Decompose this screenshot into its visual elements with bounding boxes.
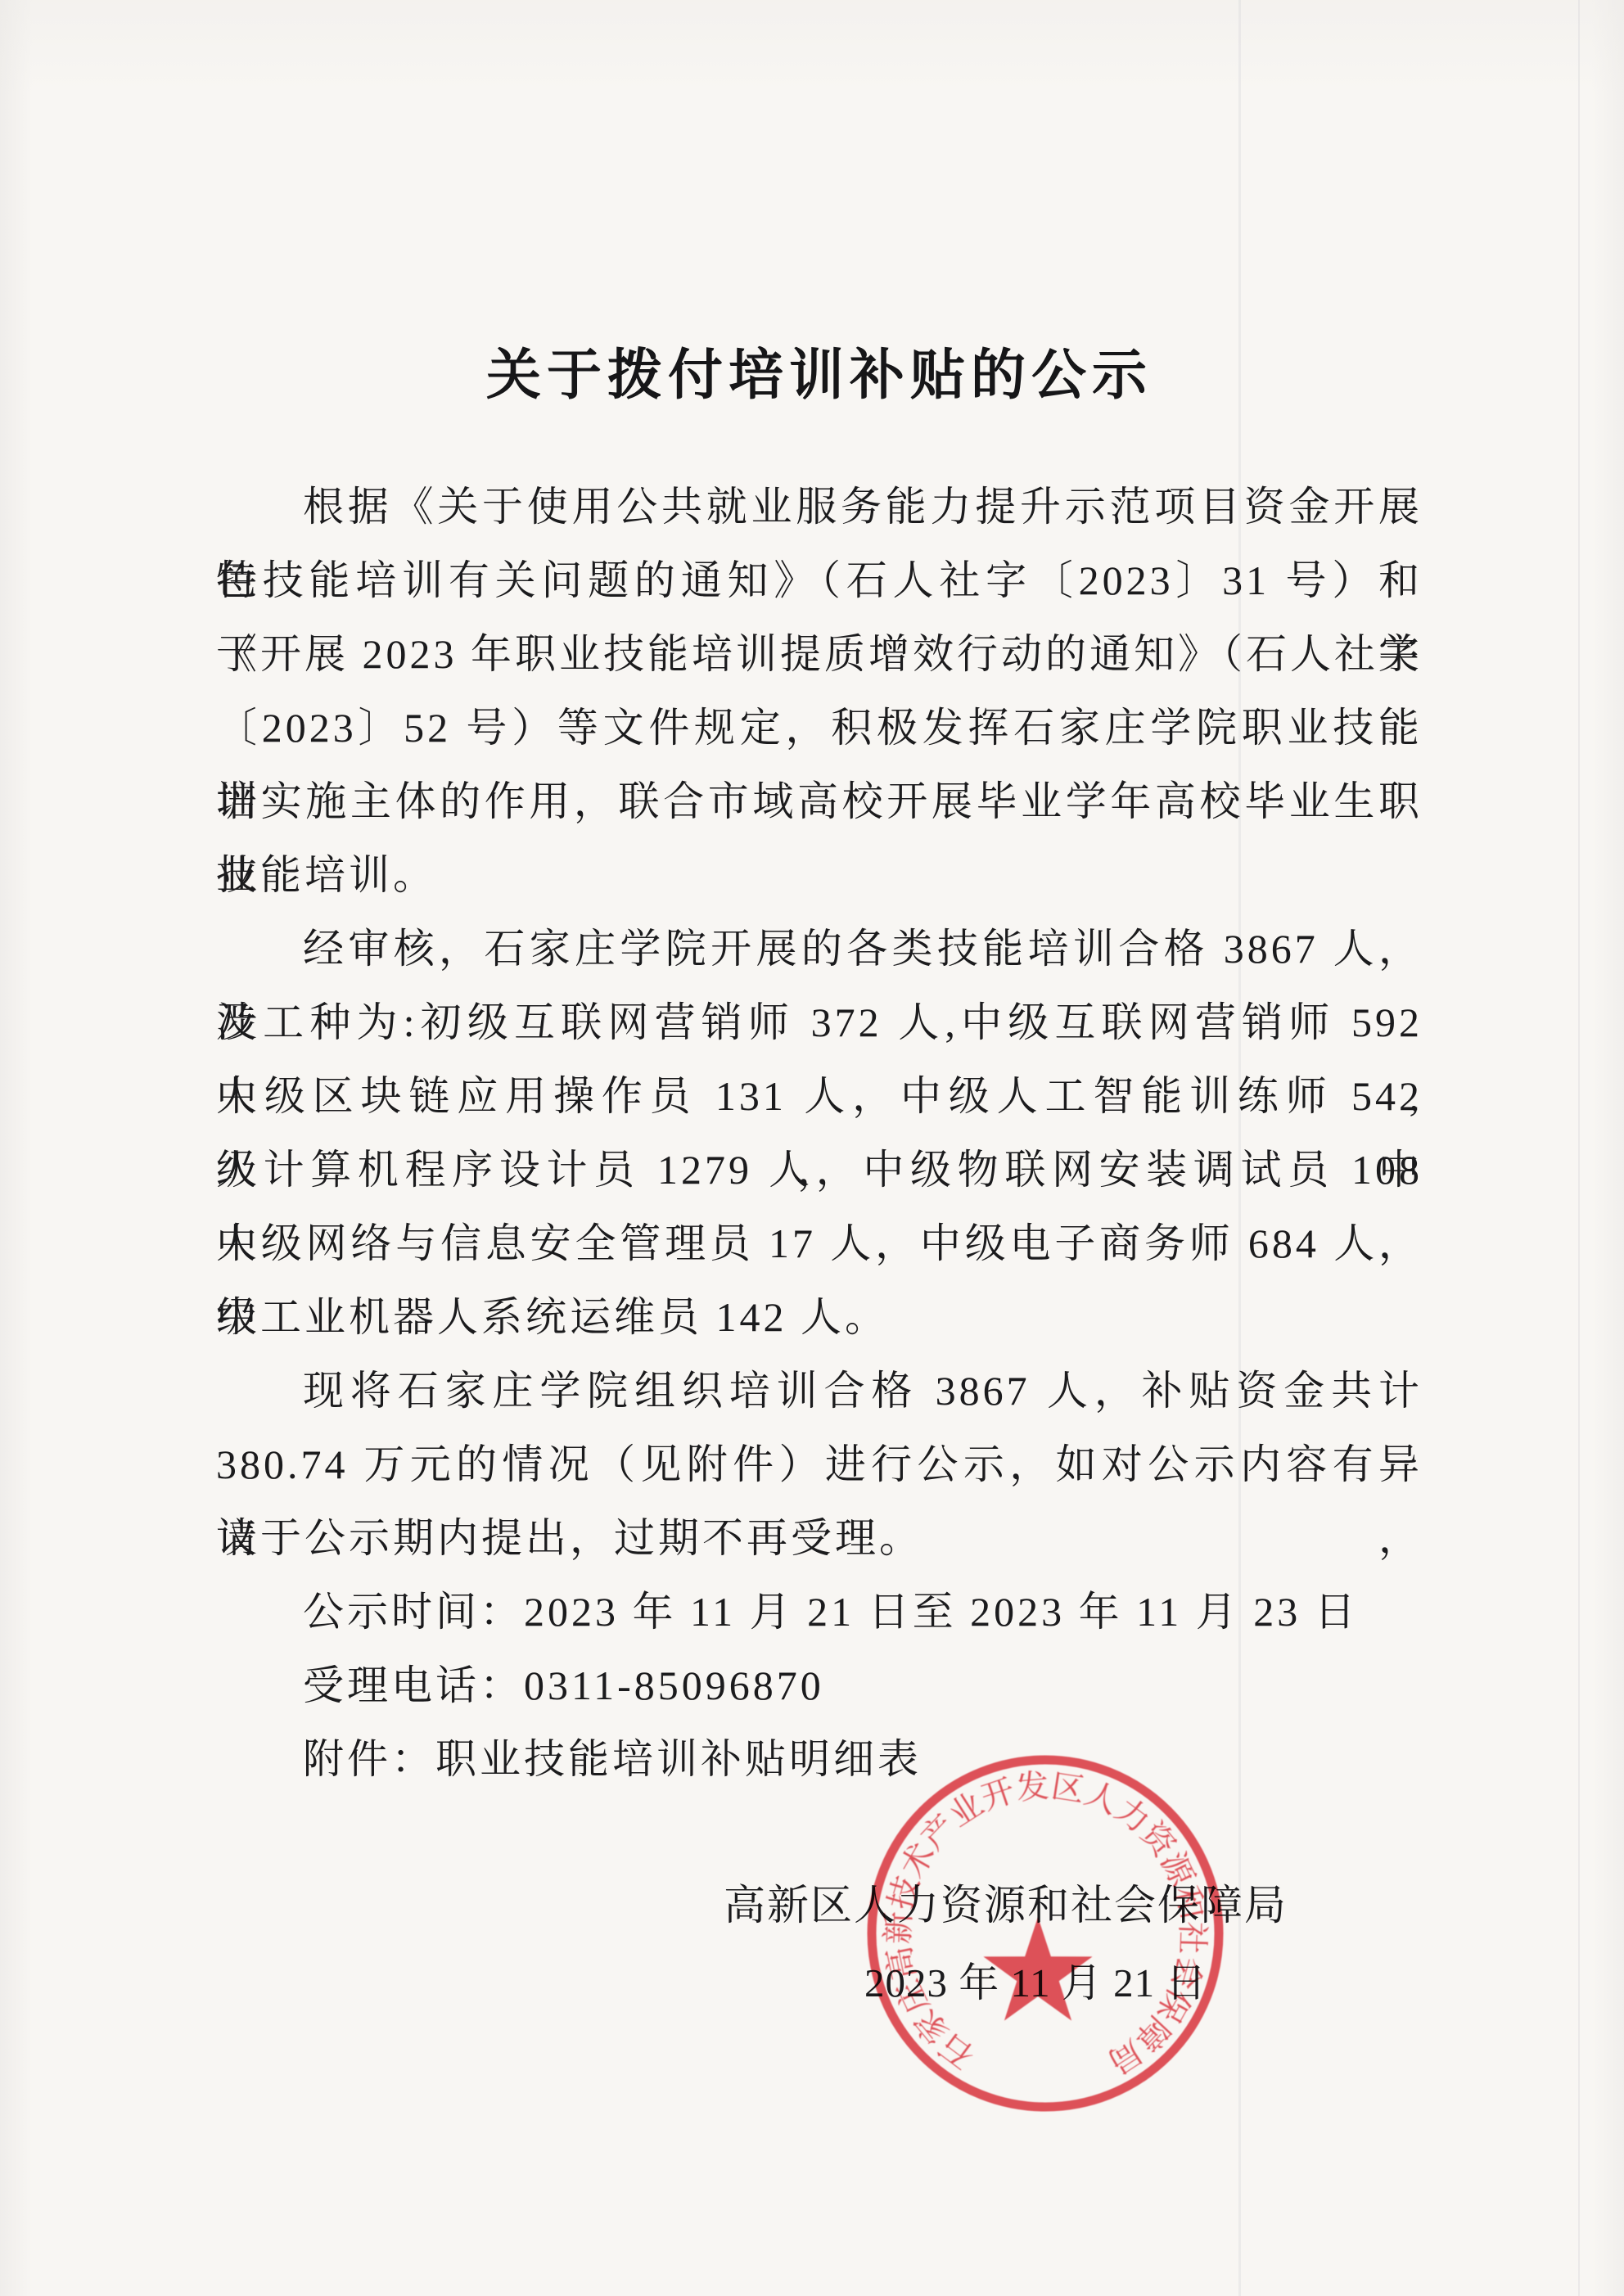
page-title: 关于拨付培训补贴的公示 (216, 332, 1423, 410)
body-line: 中级网络与信息安全管理员 17 人，中级电子商务师 684 人，中 (216, 1207, 1423, 1280)
body-line: 〔2023〕52 号）等文件规定，积极发挥石家庄学院职业技能培 (216, 691, 1423, 765)
body-line: 根据《关于使用公共就业服务能力提升示范项目资金开展特 (216, 470, 1423, 544)
official-seal: 石家庄高新技术产业开发区人力资源和社会保障局 (857, 1745, 1234, 2122)
body-line: 经审核，石家庄学院开展的各类技能培训合格 3867 人，涉 (216, 912, 1423, 986)
body-line: 技能培训。 (216, 838, 1423, 912)
issuing-agency: 高新区人力资源和社会保障局 (724, 1871, 1288, 1932)
scanned-notice-page: 关于拨付培训补贴的公示 根据《关于使用公共就业服务能力提升示范项目资金开展特 色… (0, 0, 1624, 2296)
body-line: 380.74 万元的情况（见附件）进行公示，如对公示内容有异议， (216, 1428, 1423, 1501)
body-line: 色技能培训有关问题的通知》（石人社字〔2023〕31 号）和《关 (216, 544, 1423, 617)
body-line: 中级区块链应用操作员 131 人，中级人工智能训练师 542 人，中 (216, 1059, 1423, 1133)
scan-artifact-line (1578, 0, 1580, 2296)
body-line: 于开展 2023 年职业技能培训提质增效行动的通知》（石人社字 (216, 617, 1423, 691)
body-line: 级工业机器人系统运维员 142 人。 (216, 1280, 1423, 1354)
seal-ring-icon (872, 1760, 1219, 2107)
publicity-period-line: 公示时间：2023 年 11 月 21 日至 2023 年 11 月 23 日 (216, 1575, 1423, 1649)
body-line: 训实施主体的作用，联合市域高校开展毕业学年高校毕业生职业 (216, 765, 1423, 838)
body-line: 现将石家庄学院组织培训合格 3867 人，补贴资金共计 (216, 1354, 1423, 1428)
body-line: 及工种为:初级互联网营销师 372 人,中级互联网营销师 592 人, (216, 986, 1423, 1059)
body-line: 级计算机程序设计员 1279 人，中级物联网安装调试员 108 人， (216, 1133, 1423, 1207)
attachment-line: 附件：职业技能培训补贴明细表 (216, 1722, 1423, 1796)
document-body: 根据《关于使用公共就业服务能力提升示范项目资金开展特 色技能培训有关问题的通知》… (216, 470, 1423, 1796)
contact-phone-line: 受理电话：0311-85096870 (216, 1649, 1423, 1722)
issue-date: 2023 年 11 月 21 日 (864, 1951, 1207, 2009)
